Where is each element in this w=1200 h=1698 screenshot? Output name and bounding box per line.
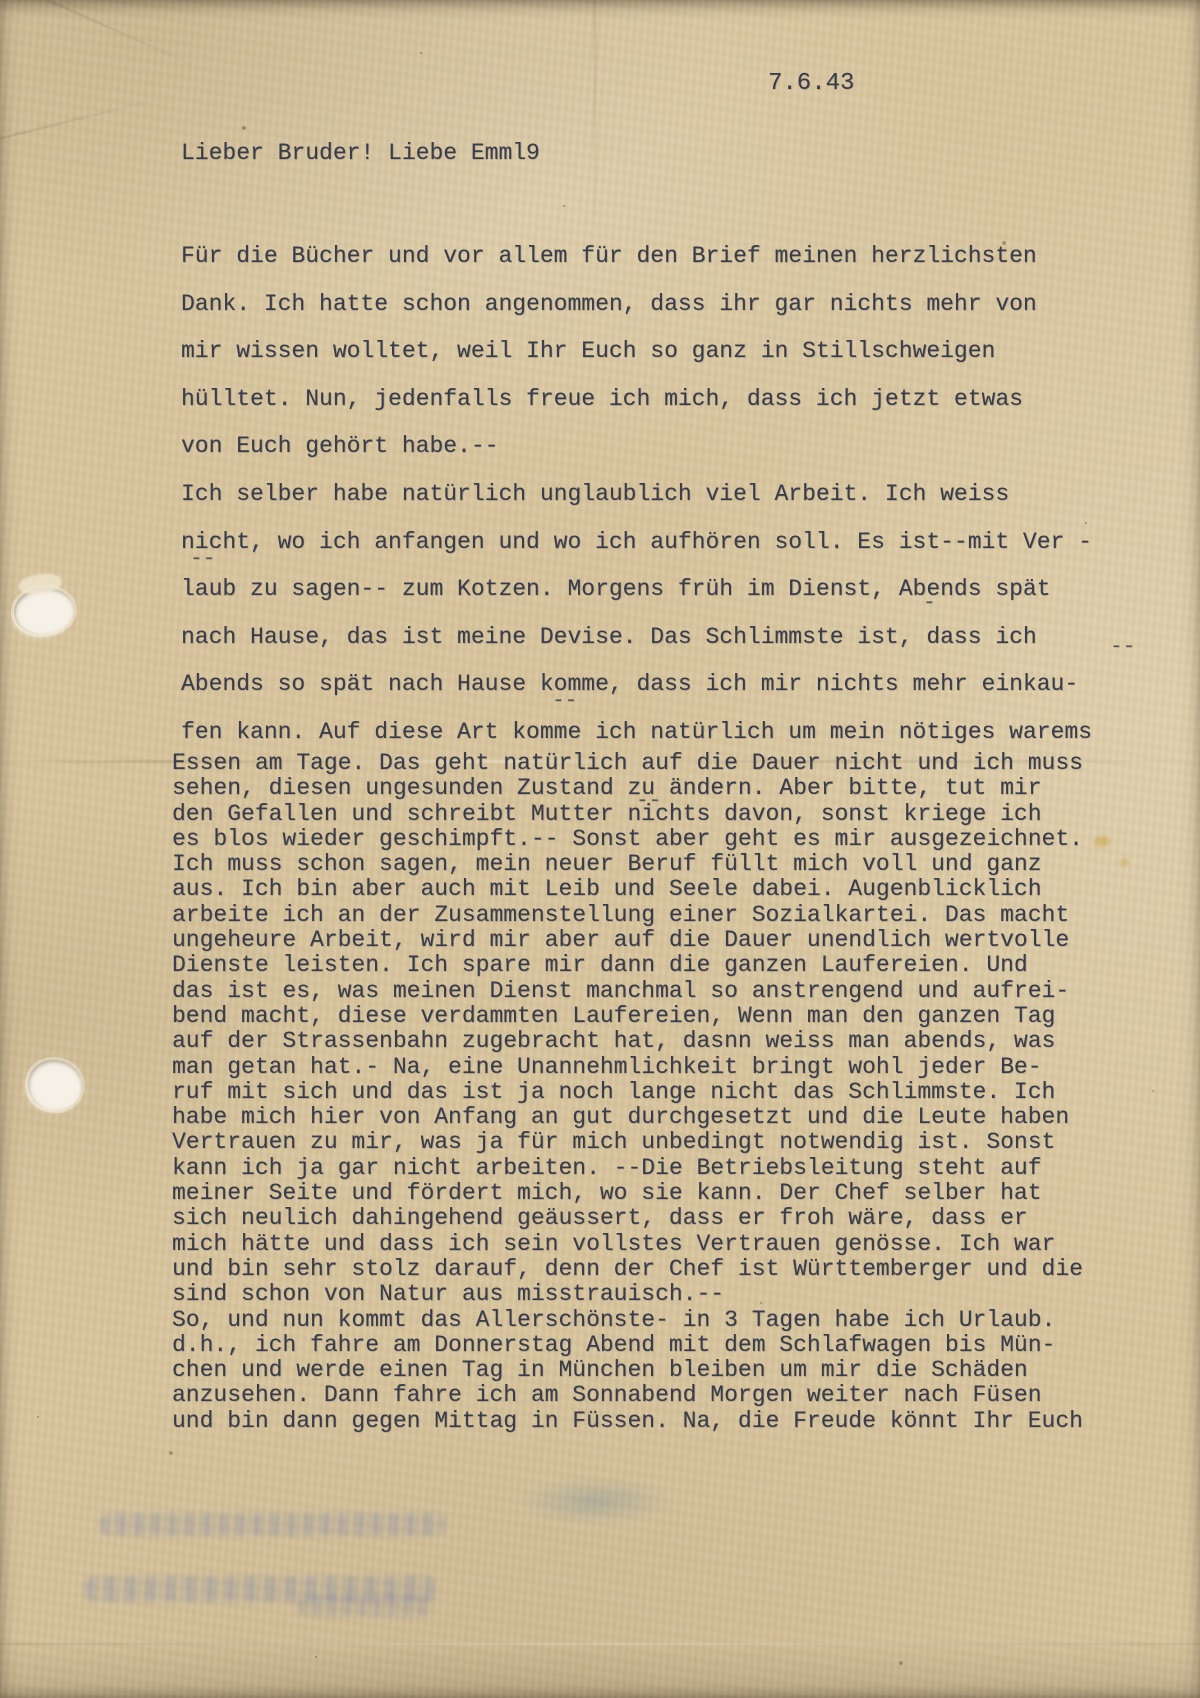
corner-crease — [0, 96, 167, 146]
paper-stain — [1120, 858, 1129, 866]
overstrike-mark: - — [923, 592, 936, 615]
overstrike-mark: -- — [636, 790, 661, 813]
overstrike-mark: -- — [552, 690, 577, 713]
overstrike-mark: -- — [190, 548, 215, 571]
ink-bleedthrough-mark — [85, 1576, 435, 1602]
paper-specks — [0, 0, 2, 2]
ink-bleedthrough-mark — [298, 1595, 433, 1617]
letter-salutation: Lieber Bruder! Liebe Emml9 — [181, 140, 540, 166]
corner-crease — [0, 0, 209, 73]
horizontal-crease — [0, 1643, 1200, 1645]
letter-body-paragraph-1: Für die Bücher und vor allem für den Bri… — [181, 233, 1092, 757]
letter-date: 7.6.43 — [768, 70, 854, 97]
ink-bleedthrough-mark — [520, 1478, 670, 1524]
punch-hole — [26, 1058, 84, 1113]
punch-hole — [11, 584, 77, 638]
letter-page: 7.6.43 Lieber Bruder! Liebe Emml9 Für di… — [0, 0, 1200, 1698]
letter-body-paragraph-2: Essen am Tage. Das geht natürlich auf di… — [172, 751, 1083, 1434]
vertical-crease — [594, 0, 596, 250]
paper-stain — [1094, 836, 1110, 847]
ink-bleedthrough-mark — [100, 1513, 445, 1536]
overstrike-mark: -- — [1110, 636, 1135, 659]
